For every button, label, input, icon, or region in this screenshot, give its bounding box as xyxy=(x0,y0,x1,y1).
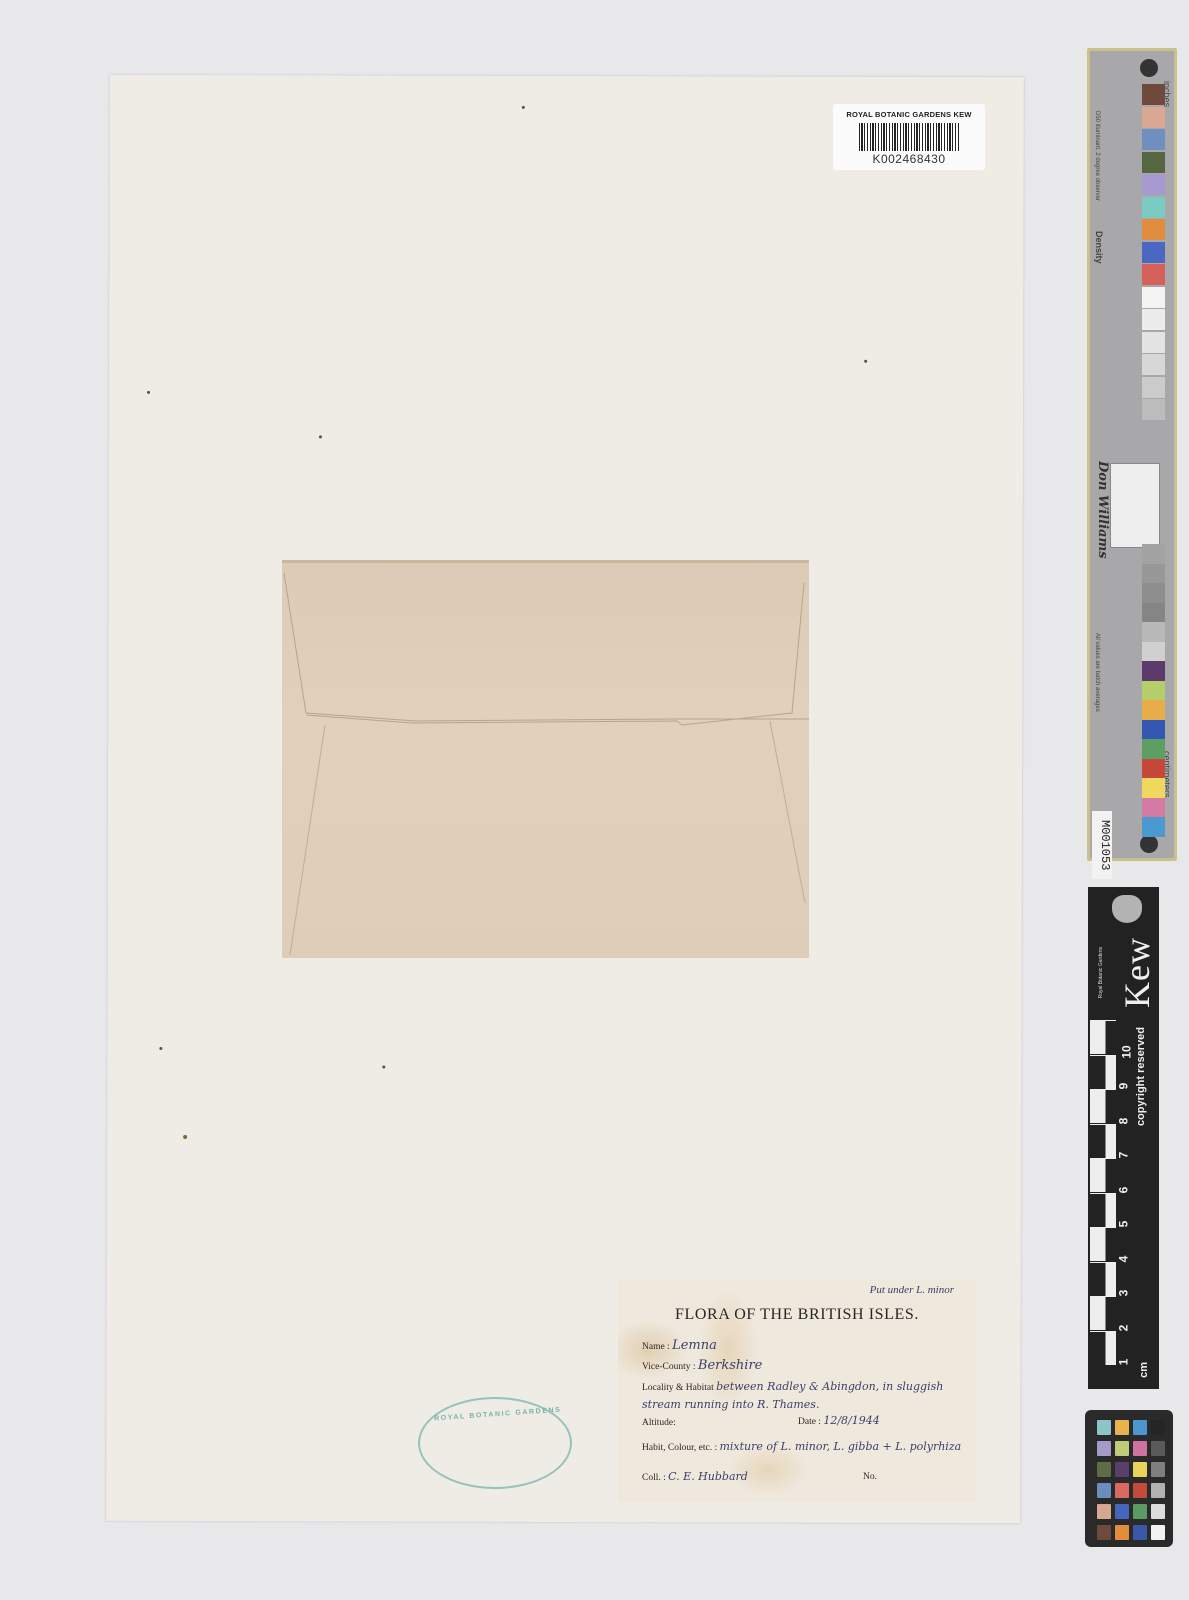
color-swatch xyxy=(1142,544,1165,564)
ruler-tick-label: 3 xyxy=(1116,1290,1130,1297)
label-row-locality: Locality & Habitat between Radley & Abin… xyxy=(642,1380,943,1393)
barcode-label: ROYAL BOTANIC GARDENS KEW K002468430 xyxy=(833,104,985,170)
ruler-tick-label: 9 xyxy=(1116,1083,1130,1090)
illuminant-note: D50 illuminant, 2 degree observer xyxy=(1094,111,1100,201)
label-row-vice-county: Vice-County : Berkshire xyxy=(642,1358,762,1373)
color-swatch xyxy=(1142,583,1165,603)
color-swatch xyxy=(1142,107,1165,128)
color-swatch xyxy=(1142,287,1165,308)
mount-hole-icon xyxy=(1140,835,1158,853)
label-annotation: Put under L. minor xyxy=(870,1284,954,1296)
sheet-speck xyxy=(522,106,525,109)
color-swatch xyxy=(1142,197,1165,218)
barcode-number: K002468430 xyxy=(872,152,945,166)
label-row-locality-cont: stream running into R. Thames. xyxy=(642,1398,819,1411)
color-calibration-bar: inches centimeters D50 illuminant, 2 deg… xyxy=(1087,48,1177,861)
maker-signature: Don Williams xyxy=(1095,461,1110,559)
sheet-speck xyxy=(864,360,867,363)
habit-label: Habit, Colour, etc. : xyxy=(642,1443,717,1453)
specimen-label: Put under L. minor FLORA OF THE BRITISH … xyxy=(618,1280,976,1502)
ruler-tick-label: 4 xyxy=(1116,1255,1130,1262)
vice-county-value: Berkshire xyxy=(698,1358,762,1373)
colour-checker-patch xyxy=(1097,1441,1111,1456)
colour-checker-patch xyxy=(1151,1462,1165,1477)
colour-checker-patch xyxy=(1115,1441,1129,1456)
sheet-speck xyxy=(159,1047,162,1050)
locality-label: Locality & Habitat xyxy=(642,1383,714,1393)
color-swatch xyxy=(1142,681,1165,701)
ruler-segment xyxy=(1090,1089,1116,1123)
colour-checker-patch xyxy=(1133,1420,1147,1435)
color-swatch xyxy=(1142,242,1165,263)
color-swatch xyxy=(1142,332,1165,353)
mount-hole-icon xyxy=(1140,59,1158,77)
locality-value: between Radley & Abingdon, in sluggish xyxy=(716,1380,943,1393)
color-swatch xyxy=(1142,264,1165,285)
label-row-collector: Coll. : C. E. Hubbard xyxy=(642,1470,748,1483)
copyright-text: copyright reserved xyxy=(1135,1027,1147,1126)
vice-county-label: Vice-County : xyxy=(642,1362,696,1372)
color-swatch xyxy=(1142,152,1165,173)
ruler-segment xyxy=(1090,1227,1116,1261)
colour-checker-patch xyxy=(1133,1462,1147,1477)
ruler-tick-label: 2 xyxy=(1116,1324,1130,1331)
colour-checker-patch xyxy=(1097,1504,1111,1519)
color-swatch xyxy=(1142,622,1165,642)
colour-checker-patch xyxy=(1151,1483,1165,1498)
colour-checker-patch xyxy=(1133,1483,1147,1498)
color-swatch xyxy=(1142,700,1165,720)
ruler-tick-label: 6 xyxy=(1116,1186,1130,1193)
coll-value: C. E. Hubbard xyxy=(668,1470,748,1483)
color-swatch xyxy=(1142,309,1165,330)
date-value: 12/8/1944 xyxy=(823,1414,879,1427)
ruler-tick-label: 7 xyxy=(1116,1152,1130,1159)
ruler-segment xyxy=(1090,1158,1116,1192)
ruler-segment xyxy=(1090,1055,1116,1089)
density-label: Density xyxy=(1094,231,1104,264)
sheet-speck xyxy=(147,391,150,394)
colour-checker-patch xyxy=(1133,1504,1147,1519)
color-swatch xyxy=(1142,219,1165,240)
date-label: Date : xyxy=(798,1417,821,1427)
label-row-habit: Habit, Colour, etc. : mixture of L. mino… xyxy=(642,1440,961,1453)
colour-checker-patch xyxy=(1115,1420,1129,1435)
color-swatch xyxy=(1142,817,1165,837)
label-title: FLORA OF THE BRITISH ISLES. xyxy=(618,1306,976,1324)
colour-checker-patch xyxy=(1151,1420,1165,1435)
colour-checker-patch xyxy=(1115,1483,1129,1498)
color-swatch xyxy=(1142,759,1165,779)
colour-checker-card xyxy=(1085,1410,1173,1547)
altitude-label: Altitude: xyxy=(642,1418,676,1428)
color-swatch xyxy=(1142,739,1165,759)
gray-wedge-inset xyxy=(1110,463,1160,548)
colour-checker-patch xyxy=(1133,1525,1147,1540)
color-swatch xyxy=(1142,603,1165,623)
kew-herbarium-stamp: ROYAL BOTANIC GARDENS xyxy=(418,1397,572,1489)
target-id: M001053 xyxy=(1092,811,1112,879)
sheet-speck xyxy=(319,435,322,438)
barcode-icon xyxy=(859,123,959,151)
ruler-segment xyxy=(1090,1296,1116,1330)
color-swatch xyxy=(1142,642,1165,662)
colour-checker-patch xyxy=(1133,1441,1147,1456)
kew-scale-bar: Kew Royal Botanic Gardens 12345678910 co… xyxy=(1088,887,1159,1389)
color-swatch xyxy=(1142,354,1165,375)
no-label: No. xyxy=(863,1472,877,1482)
colour-checker-patch xyxy=(1097,1462,1111,1477)
colour-checker-patch xyxy=(1151,1441,1165,1456)
ruler-segment xyxy=(1090,1193,1116,1227)
ruler-segment xyxy=(1090,1124,1116,1158)
ruler-tick-label: 10 xyxy=(1120,1045,1134,1058)
color-swatch xyxy=(1142,399,1165,420)
colour-checker-patch xyxy=(1115,1462,1129,1477)
unit-label: cm xyxy=(1138,1362,1150,1378)
kew-crest-icon xyxy=(1112,895,1142,923)
color-swatch xyxy=(1142,661,1165,681)
colour-checker-patch xyxy=(1151,1504,1165,1519)
label-row-number: No. xyxy=(863,1472,877,1482)
colour-checker-patch xyxy=(1115,1525,1129,1540)
locality-value-cont: stream running into R. Thames. xyxy=(642,1398,819,1411)
habit-value: mixture of L. minor, L. gibba + L. polyr… xyxy=(719,1440,961,1453)
stamp-text: ROYAL BOTANIC GARDENS xyxy=(434,1407,562,1423)
color-swatch xyxy=(1142,129,1165,150)
color-swatch xyxy=(1142,174,1165,195)
sheet-speck xyxy=(183,1135,187,1139)
name-label: Name : xyxy=(642,1342,670,1352)
color-swatch xyxy=(1142,778,1165,798)
ruler-segment xyxy=(1090,1020,1116,1054)
coll-label: Coll. : xyxy=(642,1473,666,1483)
ruler-tick-label: 1 xyxy=(1116,1359,1130,1366)
envelope-flap-outline xyxy=(282,563,809,961)
barcode-institution: ROYAL BOTANIC GARDENS KEW xyxy=(846,110,971,119)
sheet-speck xyxy=(382,1066,385,1069)
kew-logo: Kew xyxy=(1116,937,1158,1008)
label-row-altitude: Altitude: xyxy=(642,1418,676,1428)
ruler-segment xyxy=(1090,1331,1116,1365)
values-note: All values are batch averages xyxy=(1094,633,1100,712)
color-swatch xyxy=(1142,84,1165,105)
ruler-segment xyxy=(1090,1262,1116,1296)
color-swatch xyxy=(1142,720,1165,740)
color-swatch xyxy=(1142,564,1165,584)
colour-checker-patch xyxy=(1097,1525,1111,1540)
label-row-name: Name : Lemna xyxy=(642,1338,717,1353)
color-swatch xyxy=(1142,377,1165,398)
label-row-date: Date : 12/8/1944 xyxy=(798,1414,880,1427)
kew-logo-subtitle: Royal Botanic Gardens xyxy=(1098,947,1104,998)
color-swatch xyxy=(1142,798,1165,818)
ruler-tick-label: 5 xyxy=(1116,1221,1130,1228)
colour-checker-patch xyxy=(1097,1483,1111,1498)
name-value: Lemna xyxy=(672,1338,717,1353)
colour-checker-patch xyxy=(1151,1525,1165,1540)
colour-checker-patch xyxy=(1097,1420,1111,1435)
colour-checker-patch xyxy=(1115,1504,1129,1519)
ruler-tick-label: 8 xyxy=(1116,1117,1130,1124)
specimen-envelope[interactable] xyxy=(282,560,809,958)
